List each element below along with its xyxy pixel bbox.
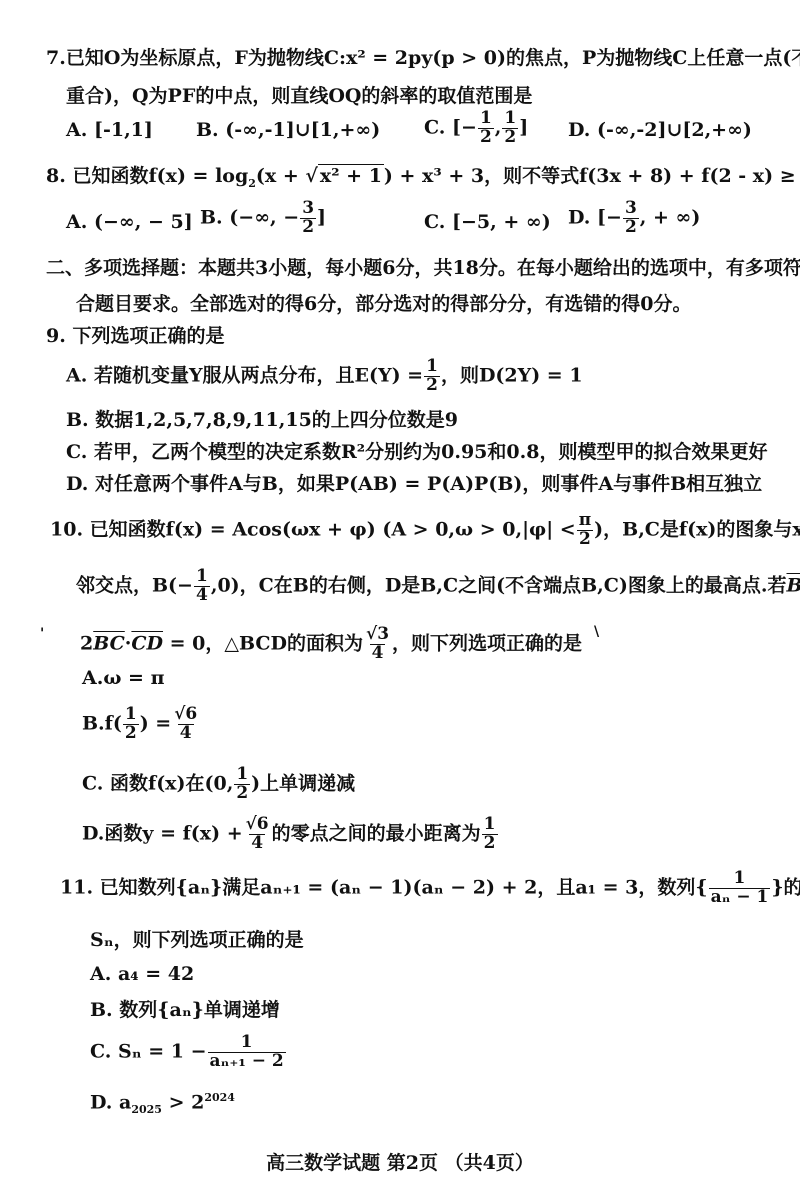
numerator: 1 [732, 870, 748, 888]
fraction: √64 [244, 816, 271, 853]
q10-stem-line1-part-a: 10. 已知函数f(x) = Acos(ωx + φ) (A > 0,ω > 0… [50, 518, 576, 540]
q10-option-b-mid: ) = [140, 712, 172, 734]
denominator: 2 [577, 530, 593, 549]
denominator: aₙ₊₁ − 2 [208, 1052, 286, 1071]
q11-stem-line1-part-b: }的前n项和为 [771, 876, 800, 898]
section2-heading-line1: 二、多项选择题：本题共3小题，每小题6分，共18分。在每小题给出的选项中，有多项… [46, 258, 800, 279]
fraction: 12 [123, 706, 139, 743]
q11-option-d-mid: > 2 [162, 1091, 204, 1113]
q9-option-a-prefix: A. 若随机变量Y服从两点分布，且E(Y) = [66, 364, 423, 386]
q7-stem-line1: 7.已知O为坐标原点，F为抛物线C:x² = 2py(p > 0)的焦点，P为抛… [46, 48, 800, 69]
q8-stem-part-c: ) + x³ + 3，则不等式f(3x + 8) + f(2 - x) ≥ 6的… [384, 165, 800, 187]
vector-bd: BD [787, 574, 800, 596]
numerator: 1 [502, 110, 518, 128]
denominator: 2 [502, 128, 518, 147]
denominator: 4 [249, 834, 265, 853]
numerator: 3 [300, 200, 316, 218]
denominator: 4 [370, 644, 386, 663]
q7-option-c-prefix: C. [ [424, 116, 461, 138]
q10-stem-line3-part-a: 2 [80, 632, 93, 654]
denominator: 2 [482, 834, 498, 853]
q7-option-b: B. (-∞,-1]∪[1,+∞) [196, 120, 380, 141]
q7-option-c: C. [−12,12] [424, 110, 528, 147]
q10-option-c-prefix: C. 函数f(x)在(0, [82, 772, 233, 794]
fraction: √34 [364, 626, 391, 663]
q8-stem-part-b: (x + [256, 165, 305, 187]
fraction: √64 [172, 706, 199, 743]
q9-option-d: D. 对任意两个事件A与B，如果P(AB) = P(A)P(B)，则事件A与事件… [66, 474, 762, 495]
q9-option-a: A. 若随机变量Y服从两点分布，且E(Y) =12，则D(2Y) = 1 [66, 358, 583, 395]
q9-option-a-suffix: ，则D(2Y) = 1 [441, 364, 583, 386]
q10-stem-line3-part-b: = 0，△BCD的面积为 [163, 632, 363, 654]
numerator: 1 [482, 816, 498, 834]
q10-stem-line1-part-b: )，B,C是f(x)的图象与x轴的两个相 [594, 518, 800, 540]
q9-option-c: C. 若甲，乙两个模型的决定系数R²分别约为0.95和0.8，则模型甲的拟合效果… [66, 442, 767, 463]
q11-option-b: B. 数列{aₙ}单调递增 [90, 1000, 280, 1021]
fraction: 1aₙ − 1 [709, 870, 771, 907]
denominator: 2 [234, 784, 250, 803]
numerator: √6 [244, 816, 271, 834]
q10-stem-line2-part-a: 邻交点，B(− [76, 574, 193, 596]
vector-bc: BC [93, 632, 125, 654]
denominator: 4 [178, 724, 194, 743]
q11-option-d-prefix: D. a [90, 1091, 131, 1113]
q9-option-b: B. 数据1,2,5,7,8,9,11,15的上四分位数是9 [66, 410, 458, 431]
square-root: √x² + 1 [305, 166, 384, 187]
fraction: π2 [577, 512, 593, 549]
q10-stem-line2-part-b: ,0)，C在B的右侧，D是B,C之间(不含端点B,C)图象上的最高点.若 [211, 574, 787, 596]
q10-option-d-prefix: D.函数y = f(x) + [82, 822, 243, 844]
numerator: 3 [623, 200, 639, 218]
q7-stem-line2: 重合)，Q为PF的中点，则直线OQ的斜率的取值范围是 [66, 86, 532, 107]
scan-mark: \ [594, 624, 599, 640]
denominator: 2 [424, 376, 440, 395]
q8-option-b-prefix: B. (−∞, − [200, 206, 299, 228]
numerator: √6 [172, 706, 199, 724]
denominator: 4 [194, 586, 210, 605]
q10-option-c: C. 函数f(x)在(0,12)上单调递减 [82, 766, 355, 803]
q10-option-d: D.函数y = f(x) +√64的零点之间的最小距离为12 [82, 816, 499, 853]
q8-option-c: C. [−5, + ∞) [424, 212, 551, 233]
scan-mark: ' [40, 626, 44, 642]
numerator: √3 [364, 626, 391, 644]
q10-stem-line1: 10. 已知函数f(x) = Acos(ωx + φ) (A > 0,ω > 0… [50, 512, 800, 549]
fraction: 12 [234, 766, 250, 803]
subscript: 2025 [131, 1103, 162, 1116]
fraction: 32 [623, 200, 639, 237]
q9-stem: 9. 下列选项正确的是 [46, 326, 224, 347]
q8-option-b: B. (−∞, −32] [200, 200, 326, 237]
page-footer: 高三数学试题 第2页 （共4页） [0, 1148, 800, 1175]
section2-heading-line2: 合题目要求。全部选对的得6分，部分选对的得部分分，有选错的得0分。 [76, 294, 691, 315]
fraction: 12 [424, 358, 440, 395]
denominator: aₙ − 1 [709, 888, 771, 907]
q7-option-d: D. (-∞,-2]∪[2,+∞) [568, 120, 752, 141]
q8-option-b-suffix: ] [317, 206, 326, 228]
q8-option-d-suffix: , + ∞) [640, 206, 701, 228]
fraction: 1aₙ₊₁ − 2 [208, 1034, 286, 1071]
denominator: 2 [623, 218, 639, 237]
q8-stem-part-a: 8. 已知函数f(x) = log [46, 165, 248, 187]
fraction: 12 [482, 816, 498, 853]
q7-option-a: A. [-1,1] [66, 120, 153, 141]
denominator: 2 [478, 128, 494, 147]
q10-stem-line3-part-c: ，则下列选项正确的是 [392, 632, 582, 654]
numerator: π [577, 512, 593, 530]
q11-option-c-prefix: C. Sₙ = 1 − [90, 1040, 207, 1062]
q11-option-c: C. Sₙ = 1 −1aₙ₊₁ − 2 [90, 1034, 287, 1071]
q11-option-a: A. a₄ = 42 [90, 964, 194, 985]
superscript: 2024 [204, 1091, 235, 1104]
q10-option-c-suffix: )上单调递减 [251, 772, 355, 794]
q10-option-d-mid: 的零点之间的最小距离为 [272, 822, 481, 844]
q10-stem-line3: 2BC·CD = 0，△BCD的面积为√34，则下列选项正确的是 [80, 626, 582, 663]
q8-stem: 8. 已知函数f(x) = log2(x + √x² + 1) + x³ + 3… [46, 166, 800, 190]
log-base: 2 [248, 177, 256, 190]
numerator: 1 [194, 568, 210, 586]
numerator: 1 [424, 358, 440, 376]
numerator: 1 [123, 706, 139, 724]
radicand: x² + 1 [318, 164, 384, 187]
q8-option-a: A. (−∞, − 5] [66, 212, 193, 233]
fraction: 32 [300, 200, 316, 237]
q8-option-d: D. [−32, + ∞) [568, 200, 700, 237]
q10-option-b-prefix: B.f( [82, 712, 122, 734]
fraction: 12 [502, 110, 518, 147]
denominator: 2 [123, 724, 139, 743]
numerator: 1 [234, 766, 250, 784]
q11-stem-line2: Sₙ，则下列选项正确的是 [90, 930, 304, 951]
vector-cd: CD [131, 632, 163, 654]
fraction: 14 [194, 568, 210, 605]
q10-option-b: B.f(12) =√64 [82, 706, 200, 743]
q8-option-d-prefix: D. [− [568, 206, 622, 228]
numerator: 1 [239, 1034, 255, 1052]
q10-option-a: A.ω = π [82, 668, 165, 689]
q10-stem-line2: 邻交点，B(−14,0)，C在B的右侧，D是B,C之间(不含端点B,C)图象上的… [76, 568, 800, 605]
numerator: 1 [478, 110, 494, 128]
denominator: 2 [300, 218, 316, 237]
q11-option-d: D. a2025 > 22024 [90, 1092, 235, 1116]
q11-stem-line1-part-a: 11. 已知数列{aₙ}满足aₙ₊₁ = (aₙ − 1)(aₙ − 2) + … [60, 876, 708, 898]
fraction: 12 [478, 110, 494, 147]
q11-stem-line1: 11. 已知数列{aₙ}满足aₙ₊₁ = (aₙ − 1)(aₙ − 2) + … [60, 870, 800, 907]
